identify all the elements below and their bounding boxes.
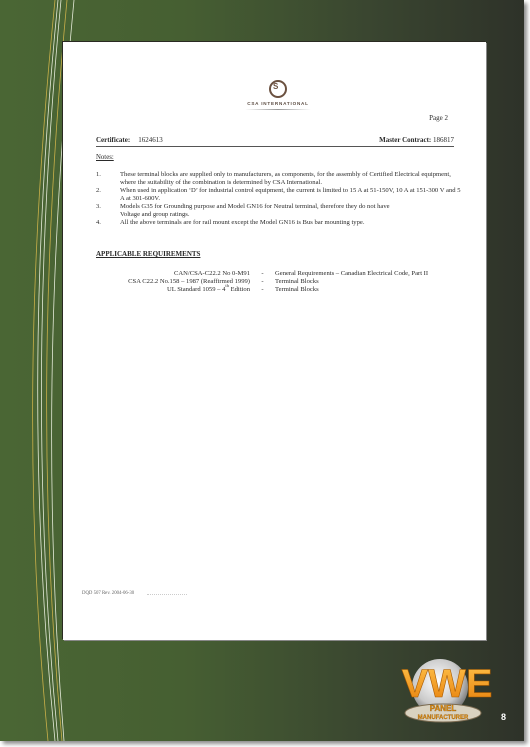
page-number: Page 2 [429,114,448,122]
requirement-dash: - [250,286,275,294]
csa-logo-text: CSA INTERNATIONAL [243,101,313,106]
note-item: 2.When used in application ‘D’ for indus… [96,187,466,203]
note-item: 1.These terminal blocks are supplied onl… [96,171,466,187]
certificate-value: 1624613 [138,136,163,144]
requirement-description: General Requirements – Canadian Electric… [275,270,450,278]
vwe-brand-logo: VWE PANEL MANUFACTURER [385,655,510,725]
requirement-row: CAN/CSA-C22.2 No 0-M91 - General Require… [83,270,450,278]
requirements-title: APPLICABLE REQUIREMENTS [96,250,200,258]
form-code: DQD 507 Rev. 2004-06-30 [82,591,134,596]
note-item: 3.Models G35 for Grounding purpose and M… [96,203,466,219]
note-text: Models G35 for Grounding purpose and Mod… [120,203,410,219]
csa-logo: S CSA INTERNATIONAL [243,80,313,110]
note-text: When used in application ‘D’ for industr… [120,187,466,203]
notes-label: Notes: [96,154,114,161]
logo-underline [245,109,311,110]
note-text: All the above terminals are for rail mou… [120,219,364,227]
csa-emblem-icon: S [269,80,287,98]
notes-list: 1.These terminal blocks are supplied onl… [96,171,466,227]
note-text: These terminal blocks are supplied only … [120,171,466,187]
requirement-row: UL Standard 1059 – 4th Edition - Termina… [83,286,450,294]
note-number: 3. [96,203,120,219]
requirement-dash: - [250,270,275,278]
svg-text:PANEL: PANEL [430,704,457,713]
requirement-description: Terminal Blocks [275,278,450,286]
requirements-list: CAN/CSA-C22.2 No 0-M91 - General Require… [83,270,450,294]
svg-text:MANUFACTURER: MANUFACTURER [418,715,469,721]
slide-number: 8 [501,712,506,722]
requirement-standard: UL Standard 1059 – 4th Edition [83,286,250,294]
certificate-page: S CSA INTERNATIONAL Page 2 Certificate:1… [63,42,486,640]
requirement-row: CSA C22.2 No.158 – 1987 (Reaffirmed 1999… [83,278,450,286]
certificate-info: Certificate:1624613 [96,136,163,144]
slide-background: S CSA INTERNATIONAL Page 2 Certificate:1… [0,0,524,741]
master-contract-label: Master Contract: [379,136,431,144]
footer-dotted-line [147,594,187,595]
note-number: 1. [96,171,120,187]
note-item: 4.All the above terminals are for rail m… [96,219,466,227]
requirement-dash: - [250,278,275,286]
note-number: 2. [96,187,120,203]
master-contract-value: 186817 [433,136,454,144]
requirement-standard: CAN/CSA-C22.2 No 0-M91 [83,270,250,278]
note-number: 4. [96,219,120,227]
certificate-label: Certificate: [96,136,130,144]
certificate-header: Certificate:1624613 Master Contract: 186… [96,136,454,147]
requirement-description: Terminal Blocks [275,286,450,294]
master-contract-info: Master Contract: 186817 [379,136,454,144]
svg-text:VWE: VWE [401,662,492,706]
